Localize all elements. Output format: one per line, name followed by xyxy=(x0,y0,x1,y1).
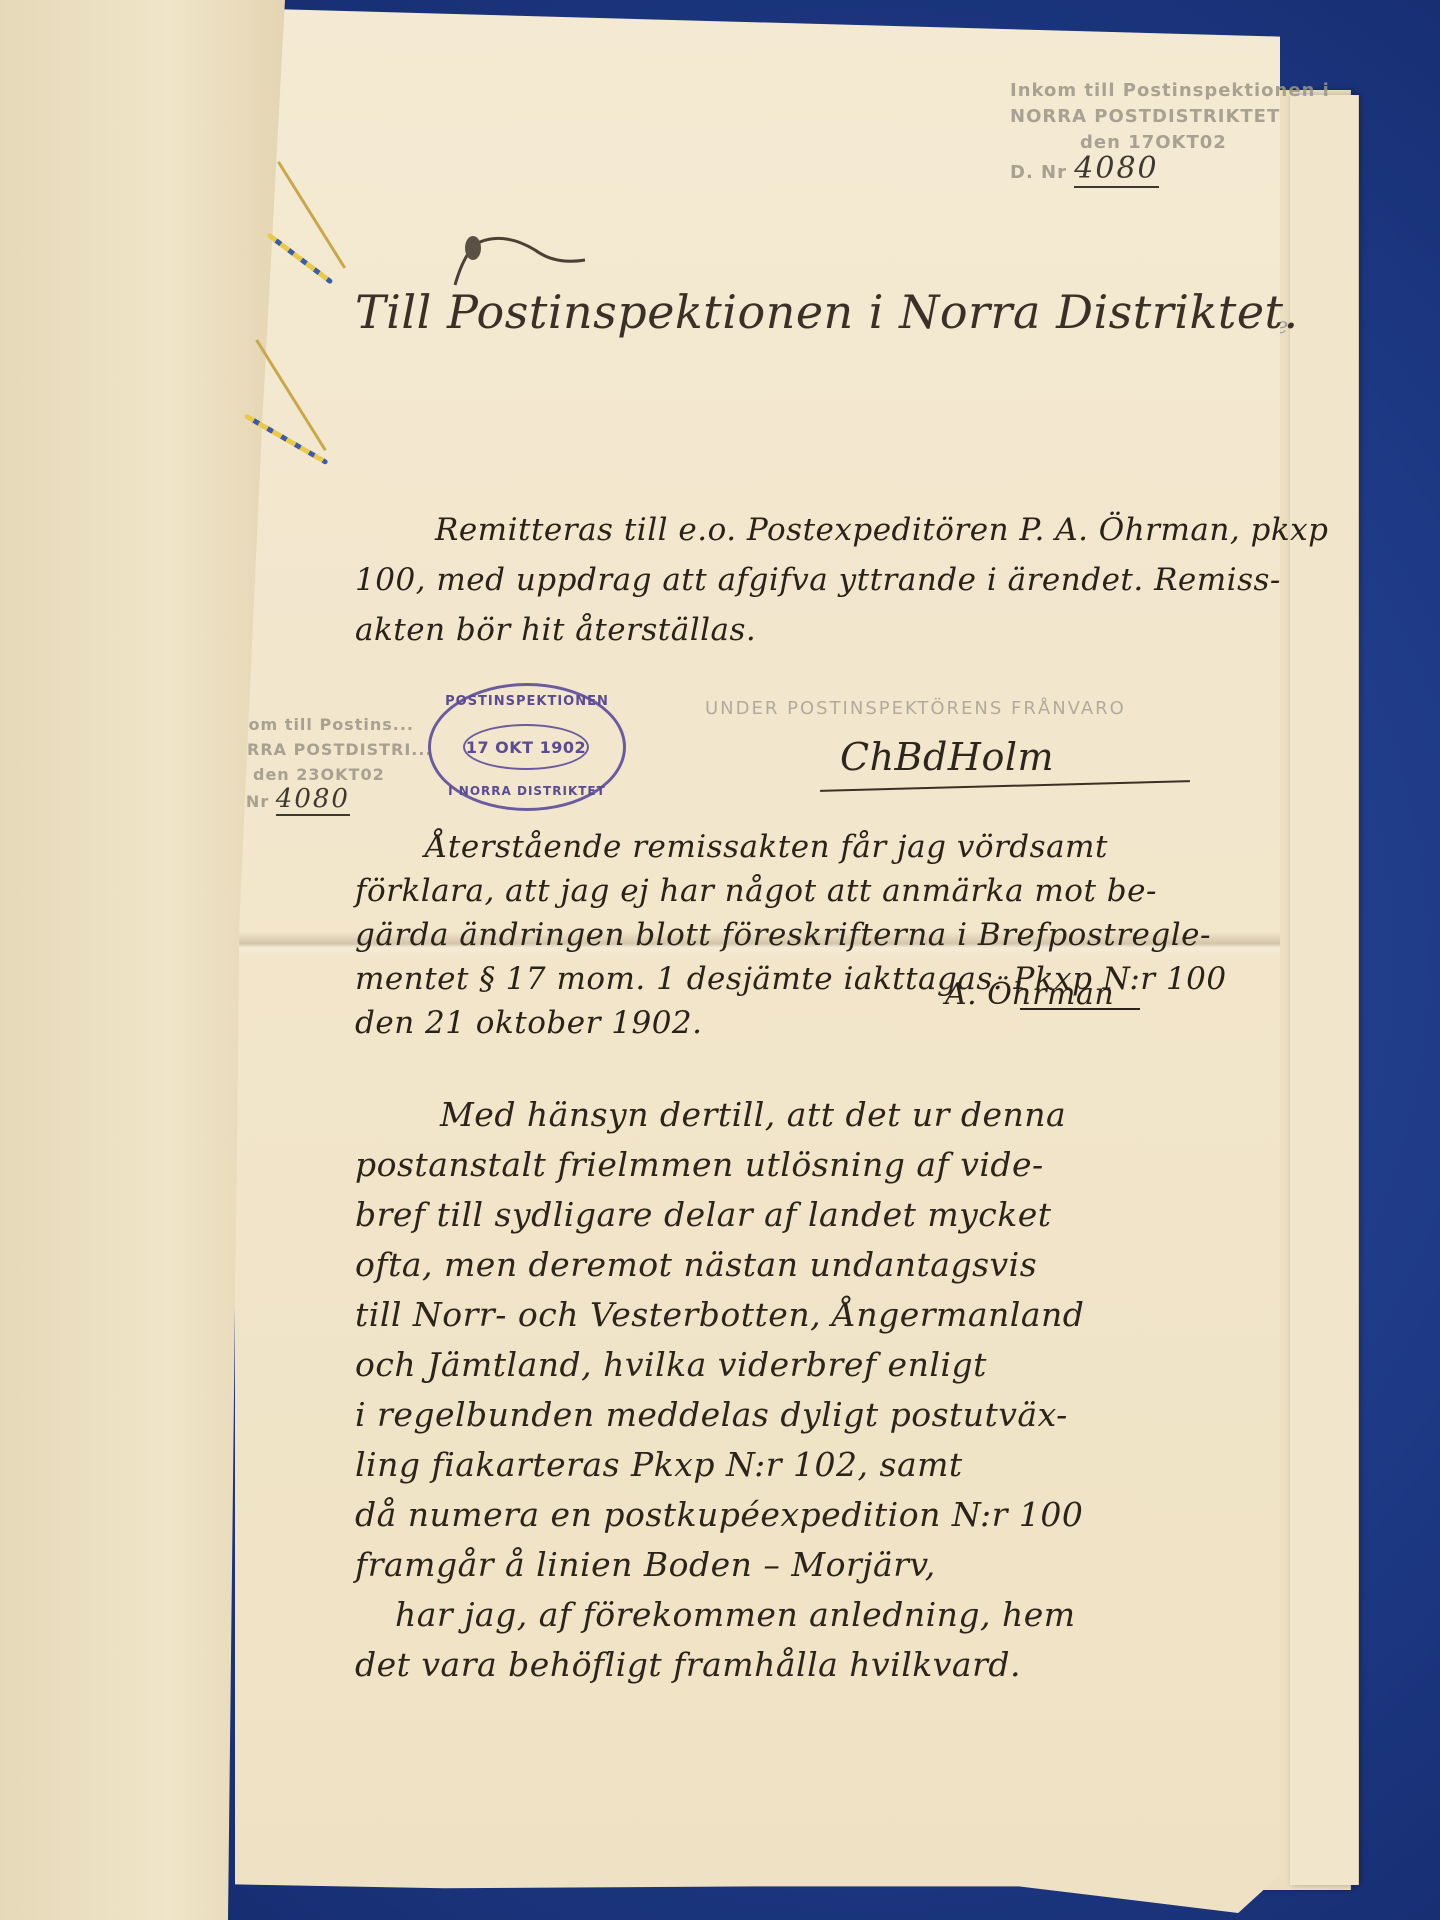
text-line: och Jämtland, hvilka viderbref enligt xyxy=(355,1340,1084,1390)
text-line: ofta, men deremot nästan undantagsvis xyxy=(355,1240,1084,1290)
reply-paragraph: Återstående remissakten får jag vördsamt… xyxy=(355,825,1227,1045)
main-body-paragraph: Med hänsyn dertill, att det ur denna pos… xyxy=(355,1090,1084,1690)
text-line: akten bör hit återställas. xyxy=(355,605,1329,655)
text-line: har jag, af förekommen anledning, hem xyxy=(395,1590,1084,1640)
text-line: till Norr- och Vesterbotten, Ångermanlan… xyxy=(355,1290,1084,1340)
text-line: förklara, att jag ej har något att anmär… xyxy=(355,869,1227,913)
text-line: i regelbunden meddelas dyligt postutväx- xyxy=(355,1390,1084,1440)
text-line: 100, med uppdrag att afgifva yttrande i … xyxy=(355,555,1329,605)
text-line: Remitteras till e.o. Postexpeditören P. … xyxy=(435,505,1329,555)
stamp-date: den 17OKT02 xyxy=(1010,130,1330,156)
pen-flourish-icon xyxy=(445,230,595,290)
diary-number: 4080 xyxy=(276,784,350,816)
stamp-arc-bottom: I NORRA DISTRIKTET xyxy=(431,784,623,798)
text-line: bref till sydligare delar af landet myck… xyxy=(355,1190,1084,1240)
received-stamp-top: Inkom till Postinspektionen i NORRA POST… xyxy=(1010,78,1330,186)
text-line: det vara behöfligt framhålla hvilkvard. xyxy=(355,1640,1084,1690)
signature-ohrman: A. Öhrman xyxy=(945,977,1114,1012)
stamp-line: NORRA POSTDISTRI... xyxy=(218,737,433,762)
received-stamp-left: Inkom till Postins... NORRA POSTDISTRI..… xyxy=(218,712,433,814)
stamp-date: 17 OKT 1902 xyxy=(466,738,586,757)
signature-holm: ChBdHolm xyxy=(840,735,1054,779)
remittance-paragraph: Remitteras till e.o. Postexpeditören P. … xyxy=(435,505,1329,655)
stamp-date-box: 17 OKT 1902 xyxy=(463,724,589,770)
absence-stamp: UNDER POSTINSPEKTÖRENS FRÅNVARO xyxy=(705,698,1126,719)
stamp-line: Inkom till Postins... xyxy=(218,712,433,737)
text-line: Återstående remissakten får jag vördsamt xyxy=(425,825,1227,869)
text-line: framgår å linien Boden – Morjärv, xyxy=(355,1540,1084,1590)
diary-number: 4080 xyxy=(1074,151,1158,188)
salutation-text: Till Postinspektionen i Norra Distriktet… xyxy=(355,285,1299,339)
text-line: Med hänsyn dertill, att det ur denna xyxy=(440,1090,1084,1140)
stamp-dnr-label: D. Nr xyxy=(1010,162,1067,183)
salutation: Till Postinspektionen i Norra Distriktet… xyxy=(355,285,1299,339)
stamp-line: Inkom till Postinspektionen i xyxy=(1010,78,1330,104)
stamp-arc-top: POSTINSPEKTIONEN xyxy=(431,694,623,709)
postinspektionen-oval-stamp: POSTINSPEKTIONEN 17 OKT 1902 I NORRA DIS… xyxy=(428,683,626,811)
text-line: ling fiakarteras Pkxp N:r 102, samt xyxy=(355,1440,1084,1490)
signature-underline xyxy=(1020,1008,1140,1010)
text-line: postanstalt frielmmen utlösning af vide- xyxy=(355,1140,1084,1190)
text-line: gärda ändringen blott föreskrifterna i B… xyxy=(355,913,1227,957)
stamp-line: NORRA POSTDISTRIKTET xyxy=(1010,104,1330,130)
text-line: då numera en postkupéexpedition N:r 100 xyxy=(355,1490,1084,1540)
